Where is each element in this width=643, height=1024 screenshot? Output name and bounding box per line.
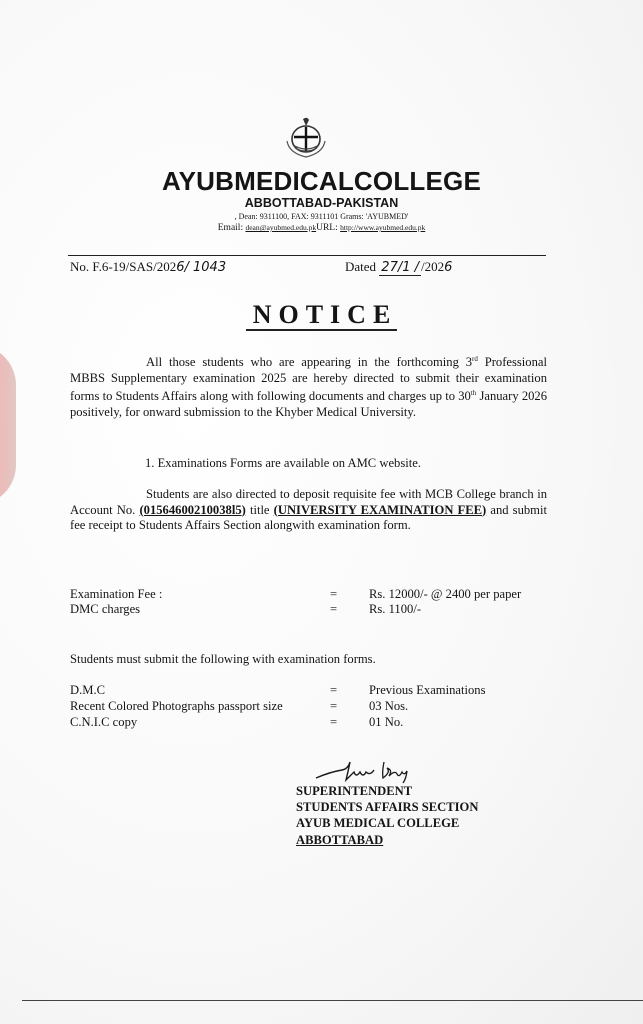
- college-name: AYUBMEDICALCOLLEGE: [0, 166, 643, 197]
- photo-finger-edge: [0, 345, 16, 505]
- college-city: ABBOTTABAD-PAKISTAN: [0, 196, 643, 210]
- signatory-college: AYUB MEDICAL COLLEGE: [296, 815, 478, 831]
- account-title: (UNIVERSITY EXAMINATION FEE): [274, 503, 487, 517]
- signatory-designation: SUPERINTENDENT: [296, 783, 478, 799]
- footer-divider: [22, 1000, 643, 1001]
- submit-heading: Students must submit the following with …: [70, 652, 376, 667]
- date-year-handwritten: 6: [444, 260, 452, 275]
- url-link[interactable]: http://www.ayubmed.edu.pk: [340, 223, 425, 232]
- list-item-forms: 1. Examinations Forms are available on A…: [145, 456, 421, 471]
- contact-line: , Dean: 9311100, FAX: 9311101 Grams: 'AY…: [0, 212, 643, 221]
- document-row: D.M.C = Previous Examinations: [70, 683, 550, 699]
- fee-row: Examination Fee : = Rs. 12000/- @ 2400 p…: [70, 587, 550, 603]
- signature-block: SUPERINTENDENT STUDENTS AFFAIRS SECTION …: [296, 783, 478, 848]
- paragraph-1: All those students who are appearing in …: [70, 352, 547, 421]
- date-handwritten: 27/1 /: [379, 260, 421, 276]
- notice-page: AYUBMEDICALCOLLEGE ABBOTTABAD-PAKISTAN ,…: [0, 0, 643, 1024]
- reference-handwritten: 6/ 1043: [176, 260, 226, 275]
- signatory-section: STUDENTS AFFAIRS SECTION: [296, 799, 478, 815]
- date-year-printed: /202: [421, 259, 444, 274]
- paragraph-2: Students are also directed to deposit re…: [70, 487, 547, 534]
- email-line: Email: dean@ayubmed.edu.pkURL: http://ww…: [0, 223, 643, 233]
- signatory-city: ABBOTTABAD: [296, 832, 478, 848]
- email-link[interactable]: dean@ayubmed.edu.pk: [245, 223, 316, 232]
- account-number: (01564600210038l5): [139, 503, 245, 517]
- notice-title: NOTICE: [0, 300, 643, 330]
- fee-row: DMC charges = Rs. 1100/-: [70, 602, 550, 618]
- dated-label: Dated: [345, 259, 376, 274]
- header-divider: [68, 255, 546, 256]
- document-row: C.N.I.C copy = 01 No.: [70, 715, 550, 731]
- date-line: Dated 27/1 //2026: [345, 259, 452, 276]
- document-row: Recent Colored Photographs passport size…: [70, 699, 550, 715]
- college-crest-icon: [284, 115, 328, 161]
- reference-number: No. F.6-19/SAS/2026/ 1043: [70, 259, 226, 275]
- url-label: URL:: [316, 223, 340, 233]
- reference-printed: No. F.6-19/SAS/202: [70, 259, 176, 274]
- email-label: Email:: [218, 223, 246, 233]
